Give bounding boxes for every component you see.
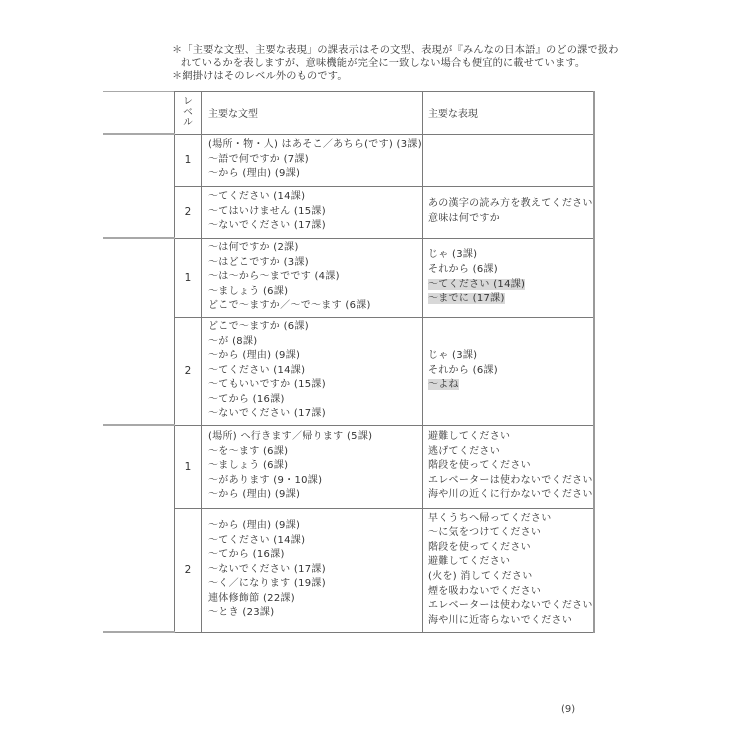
pattern-item: ～てもいいですか (15課) bbox=[208, 378, 422, 393]
group-cell bbox=[103, 134, 175, 238]
pattern-item: ～てください (14課) bbox=[208, 190, 422, 205]
expression-item: 煙を吸わないでください bbox=[428, 585, 593, 600]
pattern-item: ～く／になります (19課) bbox=[208, 577, 422, 592]
expression-item: 階段を使ってください bbox=[428, 541, 593, 556]
level-cell: 2 bbox=[175, 508, 202, 632]
expression-item: 海や川に近寄らないでください bbox=[428, 614, 593, 629]
grammar-table: レ ベ ル 主要な文型 主要な表現 1 (場所・物・人) はあそこ／あちら(です… bbox=[103, 91, 595, 633]
page-number: (9) bbox=[561, 704, 575, 715]
pattern-cell: ～から (理由) (9課) ～てください (14課) ～てから (16課) ～な… bbox=[202, 508, 423, 632]
pattern-item: ～から (理由) (9課) bbox=[208, 349, 422, 364]
table-header-row: レ ベ ル 主要な文型 主要な表現 bbox=[103, 92, 594, 135]
expression-item-highlighted: ～てください (14課) bbox=[428, 279, 525, 290]
pattern-item: (場所・物・人) はあそこ／あちら(です) (3課) bbox=[208, 138, 422, 153]
pattern-item: ～てから (16課) bbox=[208, 393, 422, 408]
table-row: 2 ～から (理由) (9課) ～てください (14課) ～てから (16課) … bbox=[103, 508, 594, 632]
pattern-cell: (場所・物・人) はあそこ／あちら(です) (3課) ～語で何ですか (7課) … bbox=[202, 134, 423, 186]
expression-item: 海や川の近くに行かないでください bbox=[428, 488, 593, 503]
pattern-item: ～から (理由) (9課) bbox=[208, 488, 422, 503]
expression-cell: じゃ (3課) それから (6課) ～よね bbox=[422, 317, 593, 425]
pattern-item: 連体修飾節 (22課) bbox=[208, 592, 422, 607]
expression-cell: あの漢字の読み方を教えてください 意味は何ですか bbox=[422, 186, 593, 238]
header-level-char: ベ bbox=[183, 107, 193, 118]
header-pattern: 主要な文型 bbox=[202, 92, 423, 135]
table-row: 1 ～は何ですか (2課) ～はどこですか (3課) ～は～から～までです (4… bbox=[103, 238, 594, 317]
expression-item: 避難してください bbox=[428, 555, 593, 570]
pattern-item: ～から (理由) (9課) bbox=[208, 519, 422, 534]
pattern-item: ～てください (14課) bbox=[208, 364, 422, 379]
expression-item: 階段を使ってください bbox=[428, 459, 593, 474]
expression-cell: 避難してください 逃げてください 階段を使ってください エレベーターは使わないで… bbox=[422, 425, 593, 508]
header-level-char: レ bbox=[183, 96, 193, 107]
expression-item: 早くうちへ帰ってください bbox=[428, 512, 593, 527]
group-cell bbox=[103, 238, 175, 425]
expression-cell bbox=[422, 134, 593, 186]
pattern-item: ～は何ですか (2課) bbox=[208, 241, 422, 256]
level-cell: 1 bbox=[175, 425, 202, 508]
expression-item: 意味は何ですか bbox=[428, 212, 593, 227]
table-row: 2 ～てください (14課) ～てはいけません (15課) ～ないでください (… bbox=[103, 186, 594, 238]
pattern-item: ～を～ます (6課) bbox=[208, 445, 422, 460]
pattern-item: ～が (8課) bbox=[208, 335, 422, 350]
level-cell: 2 bbox=[175, 186, 202, 238]
pattern-item: ～てから (16課) bbox=[208, 548, 422, 563]
pattern-item: ～ましょう (6課) bbox=[208, 459, 422, 474]
expression-cell: じゃ (3課) それから (6課) ～てください (14課) ～までに (17課… bbox=[422, 238, 593, 317]
header-level: レ ベ ル bbox=[175, 92, 202, 135]
header-group-cell bbox=[103, 92, 175, 135]
pattern-item: どこで～ますか (6課) bbox=[208, 320, 422, 335]
note-line-1: ＊「主要な文型、主要な表現」の課表示はその文型、表現が『みんなの日本語』のどの課… bbox=[172, 44, 592, 57]
expression-item: じゃ (3課) bbox=[428, 248, 593, 263]
pattern-item: ～てはいけません (15課) bbox=[208, 205, 422, 220]
pattern-item: (場所) へ行きます／帰ります (5課) bbox=[208, 430, 422, 445]
expression-item: エレベーターは使わないでください bbox=[428, 474, 593, 489]
level-cell: 1 bbox=[175, 134, 202, 186]
table-row: 1 (場所) へ行きます／帰ります (5課) ～を～ます (6課) ～ましょう … bbox=[103, 425, 594, 508]
pattern-item: ～ましょう (6課) bbox=[208, 285, 422, 300]
pattern-cell: ～てください (14課) ～てはいけません (15課) ～ないでください (17… bbox=[202, 186, 423, 238]
pattern-item: ～があります (9・10課) bbox=[208, 474, 422, 489]
table-row: 1 (場所・物・人) はあそこ／あちら(です) (3課) ～語で何ですか (7課… bbox=[103, 134, 594, 186]
level-cell: 2 bbox=[175, 317, 202, 425]
expression-item: ～に気をつけてください bbox=[428, 526, 593, 541]
pattern-cell: どこで～ますか (6課) ～が (8課) ～から (理由) (9課) ～てくださ… bbox=[202, 317, 423, 425]
notes: ＊「主要な文型、主要な表現」の課表示はその文型、表現が『みんなの日本語』のどの課… bbox=[172, 44, 592, 84]
pattern-item: ～ないでください (17課) bbox=[208, 407, 422, 422]
group-cell bbox=[103, 425, 175, 632]
pattern-item: ～とき (23課) bbox=[208, 606, 422, 621]
pattern-item: ～ないでください (17課) bbox=[208, 563, 422, 578]
expression-item-highlighted: ～よね bbox=[428, 379, 459, 390]
expression-item: じゃ (3課) bbox=[428, 349, 593, 364]
pattern-item: どこで～ますか／～で～ます (6課) bbox=[208, 299, 422, 314]
note-line-3: ＊網掛けはそのレベル外のものです。 bbox=[172, 70, 592, 83]
pattern-item: ～から (理由) (9課) bbox=[208, 167, 422, 182]
table-row: 2 どこで～ますか (6課) ～が (8課) ～から (理由) (9課) ～てく… bbox=[103, 317, 594, 425]
expression-item-highlighted: ～までに (17課) bbox=[428, 293, 505, 304]
expression-item: あの漢字の読み方を教えてください bbox=[428, 197, 593, 212]
expression-item: それから (6課) bbox=[428, 263, 593, 278]
pattern-item: ～は～から～までです (4課) bbox=[208, 270, 422, 285]
expression-item: エレベーターは使わないでください bbox=[428, 599, 593, 614]
pattern-item: ～語で何ですか (7課) bbox=[208, 153, 422, 168]
expression-item: (火を) 消してください bbox=[428, 570, 593, 585]
level-cell: 1 bbox=[175, 238, 202, 317]
pattern-item: ～てください (14課) bbox=[208, 534, 422, 549]
expression-cell: 早くうちへ帰ってください ～に気をつけてください 階段を使ってください 避難して… bbox=[422, 508, 593, 632]
pattern-cell: (場所) へ行きます／帰ります (5課) ～を～ます (6課) ～ましょう (6… bbox=[202, 425, 423, 508]
header-level-char: ル bbox=[183, 117, 193, 128]
pattern-item: ～ないでください (17課) bbox=[208, 219, 422, 234]
expression-item: それから (6課) bbox=[428, 364, 593, 379]
expression-item: 逃げてください bbox=[428, 445, 593, 460]
pattern-item: ～はどこですか (3課) bbox=[208, 256, 422, 271]
note-line-2: れているかを表しますが、意味機能が完全に一致しない場合も便宜的に載せています。 bbox=[172, 57, 592, 70]
pattern-cell: ～は何ですか (2課) ～はどこですか (3課) ～は～から～までです (4課)… bbox=[202, 238, 423, 317]
expression-item: 避難してください bbox=[428, 430, 593, 445]
header-expression: 主要な表現 bbox=[422, 92, 593, 135]
